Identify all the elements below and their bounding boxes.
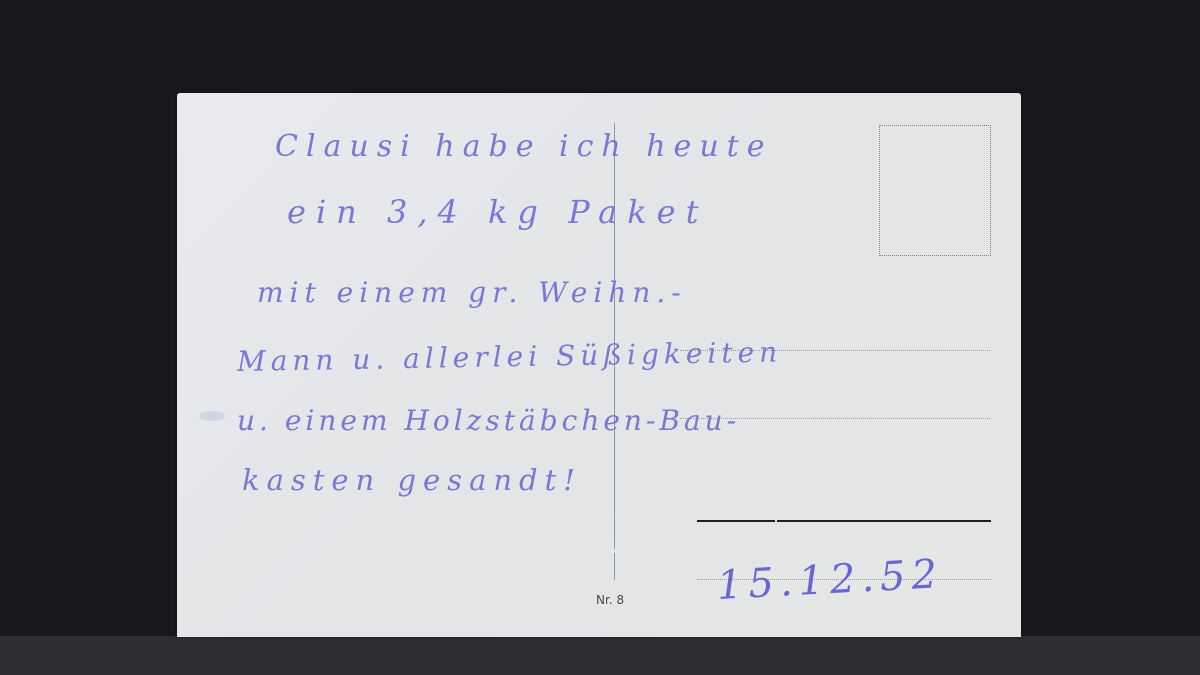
message-line-3: mit einem gr. Weihn.-: [257, 276, 687, 309]
handwritten-date: 15.12.52: [716, 551, 944, 609]
message-line-6: kasten gesandt!: [242, 463, 582, 497]
postcard: Nr. 8 Clausi habe ich heute ein 3,4 kg P…: [177, 93, 1021, 637]
divider-gap: [613, 549, 616, 553]
card-number-label: Nr. 8: [596, 593, 624, 607]
stamp-placeholder-box: [879, 125, 991, 256]
background-strip: [0, 636, 1200, 675]
message-line-5: u. einem Holzstäbchen-Bau-: [237, 404, 740, 437]
ink-smudge: [199, 411, 225, 421]
message-line-2: ein 3,4 kg Paket: [287, 193, 708, 231]
message-line-4: Mann u. allerlei Süßigkeiten: [237, 335, 783, 378]
address-line-3b: [777, 520, 991, 522]
address-line-3a: [697, 520, 775, 522]
message-line-1: Clausi habe ich heute: [275, 129, 772, 164]
